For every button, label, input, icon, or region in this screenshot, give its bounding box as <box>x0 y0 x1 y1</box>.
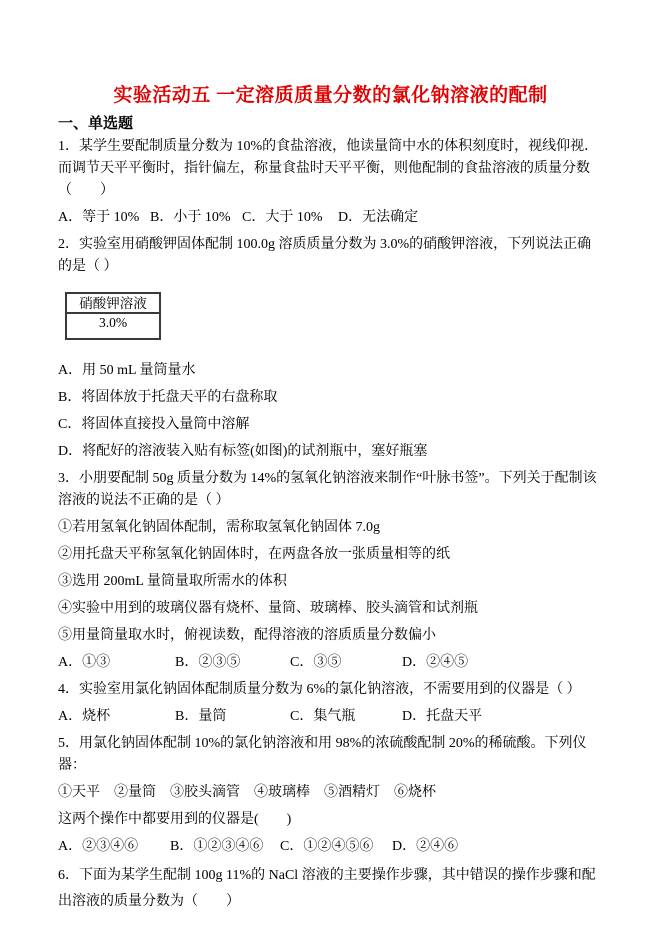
question-3-item-4: ④实验中用到的玻璃仪器有烧杯、量筒、玻璃棒、胶头滴管和试剂瓶 <box>58 598 603 620</box>
question-4-text: 4．实验室用氯化钠固体配制质量分数为 6%的氯化钠溶液，不需要用到的仪器是（ ） <box>58 679 603 701</box>
question-2-option-b: B．将固体放于托盘天平的右盘称取 <box>58 387 603 409</box>
question-3-text: 3．小朋要配制 50g 质量分数为 14%的氢氧化钠溶液来制作“叶脉书签”。下列… <box>58 468 603 512</box>
question-6: 6．下面为某学生配制 100g 11%的 NaCl 溶液的主要操作步骤，其中错误… <box>58 863 603 915</box>
question-1-text: 1．某学生要配制质量分数为 10%的食盐溶液，他读量筒中水的体积刻度时，视线仰视… <box>58 136 603 202</box>
question-3: 3．小朋要配制 50g 质量分数为 14%的氢氧化钠溶液来制作“叶脉书签”。下列… <box>58 468 603 674</box>
question-1-option-b: B．小于 10% <box>150 207 242 229</box>
question-5-option-b: B．①②③④⑥ <box>170 836 280 858</box>
reagent-label-concentration: 3.0% <box>67 314 159 338</box>
question-2-option-a: A．用 50 mL 量筒量水 <box>58 360 603 382</box>
section-heading: 一、单选题 <box>58 113 603 135</box>
question-3-options: A．①③ B．②③⑤ C．③⑤ D．②④⑤ <box>58 652 603 674</box>
question-5-option-d: D．②④⑥ <box>392 836 603 858</box>
question-5-options: A．②③④⑥ B．①②③④⑥ C．①②④⑤⑥ D．②④⑥ <box>58 836 603 858</box>
question-4-option-b: B．量筒 <box>175 706 290 728</box>
question-3-option-d: D．②④⑤ <box>402 652 603 674</box>
question-2: 2．实验室用硝酸钾固体配制 100.0g 溶质质量分数为 3.0%的硝酸钾溶液，… <box>58 234 603 463</box>
question-6-text: 6．下面为某学生配制 100g 11%的 NaCl 溶液的主要操作步骤，其中错误… <box>58 863 603 915</box>
question-5-instrument-list: ①天平 ②量筒 ③胶头滴管 ④玻璃棒 ⑤酒精灯 ⑥烧杯 <box>58 782 603 804</box>
question-4-option-a: A．烧杯 <box>58 706 175 728</box>
question-4-option-d: D．托盘天平 <box>402 706 603 728</box>
question-3-item-3: ③选用 200mL 量筒量取所需水的体积 <box>58 571 603 593</box>
question-3-option-c: C．③⑤ <box>290 652 402 674</box>
question-5: 5．用氯化钠固体配制 10%的氯化钠溶液和用 98%的浓硫酸配制 20%的稀硫酸… <box>58 733 603 858</box>
question-2-text: 2．实验室用硝酸钾固体配制 100.0g 溶质质量分数为 3.0%的硝酸钾溶液，… <box>58 234 603 278</box>
question-5-option-c: C．①②④⑤⑥ <box>280 836 392 858</box>
question-2-option-d: D．将配好的溶液装入贴有标签(如图)的试剂瓶中，塞好瓶塞 <box>58 441 603 463</box>
question-4: 4．实验室用氯化钠固体配制质量分数为 6%的氯化钠溶液，不需要用到的仪器是（ ）… <box>58 679 603 728</box>
reagent-label-name: 硝酸钾溶液 <box>67 294 159 314</box>
question-3-item-5: ⑤用量筒量取水时，俯视读数，配得溶液的溶质质量分数偏小 <box>58 625 603 647</box>
question-3-option-b: B．②③⑤ <box>175 652 290 674</box>
exam-document-page: 实验活动五 一定溶质质量分数的氯化钠溶液的配制 一、单选题 1．某学生要配制质量… <box>0 0 661 935</box>
question-4-options: A．烧杯 B．量筒 C．集气瓶 D．托盘天平 <box>58 706 603 728</box>
question-5-text: 5．用氯化钠固体配制 10%的氯化钠溶液和用 98%的浓硫酸配制 20%的稀硫酸… <box>58 733 603 777</box>
question-4-option-c: C．集气瓶 <box>290 706 402 728</box>
page-title: 实验活动五 一定溶质质量分数的氯化钠溶液的配制 <box>58 84 603 108</box>
question-5-option-a: A．②③④⑥ <box>58 836 170 858</box>
question-1-option-c: C．大于 10% <box>242 207 338 229</box>
question-5-prompt: 这两个操作中都要用到的仪器是( ) <box>58 809 603 831</box>
question-3-item-2: ②用托盘天平称氢氧化钠固体时，在两盘各放一张质量相等的纸 <box>58 544 603 566</box>
question-1-option-d: D．无法确定 <box>338 207 603 229</box>
question-1-options: A．等于 10% B．小于 10% C．大于 10% D．无法确定 <box>58 207 603 229</box>
question-2-option-c: C．将固体直接投入量筒中溶解 <box>58 414 603 436</box>
question-3-option-a: A．①③ <box>58 652 175 674</box>
question-1: 1．某学生要配制质量分数为 10%的食盐溶液，他读量筒中水的体积刻度时，视线仰视… <box>58 136 603 229</box>
question-3-item-1: ①若用氢氧化钠固体配制，需称取氢氧化钠固体 7.0g <box>58 517 603 539</box>
question-1-option-a: A．等于 10% <box>58 207 150 229</box>
reagent-bottle-label: 硝酸钾溶液 3.0% <box>65 292 161 340</box>
